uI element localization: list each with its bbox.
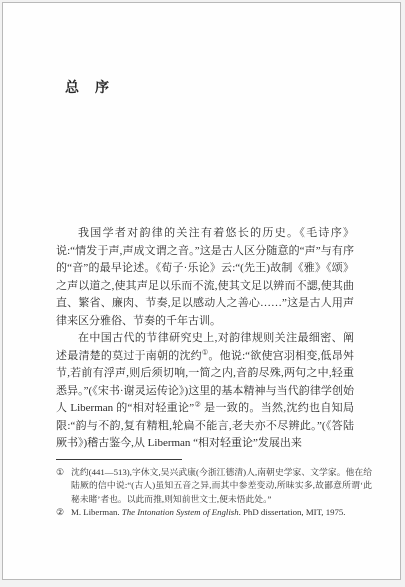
footnote-2-text-segment: . PhD dissertation, MIT, 1975. [239,507,346,517]
paragraph-1-text: 我国学者对韵律的关注有着悠长的历史。《毛诗序》说:“情发于声,声成文谓之音。”这… [56,227,354,327]
footnote-2-marker: ② [56,506,71,519]
footnote-1-text: 沈约(441—513),字休文,吴兴武康(今浙江德清)人,南朝史学家、文学家。他… [71,466,372,506]
body-text: 我国学者对韵律的关注有着悠长的历史。《毛诗序》说:“情发于声,声成文谓之音。”这… [56,225,354,453]
footnote-2: ② M. Liberman. The Intonation System of … [56,506,372,519]
footnote-2-text-segment: M. Liberman. [71,507,122,517]
paragraph-1: 我国学者对韵律的关注有着悠长的历史。《毛诗序》说:“情发于声,声成文谓之音。”这… [56,225,354,330]
footnote-separator [56,459,182,460]
footnote-2-title-italic: The Intonation System of English [122,507,239,517]
footnote-2-text: M. Liberman. The Intonation System of En… [71,506,372,519]
footnote-1: ① 沈约(441—513),字休文,吴兴武康(今浙江德清)人,南朝史学家、文学家… [56,466,372,506]
footnote-1-marker: ① [56,466,71,479]
footnotes-section: ① 沈约(441—513),字休文,吴兴武康(今浙江德清)人,南朝史学家、文学家… [56,466,372,520]
paragraph-2: 在中国古代的节律研究史上,对韵律规则关注最细密、阐述最清楚的莫过于南朝的沈约①。… [56,330,354,453]
scanned-page-canvas: 总 序 我国学者对韵律的关注有着悠长的历史。《毛诗序》说:“情发于声,声成文谓之… [0,0,405,587]
document-page: 总 序 我国学者对韵律的关注有着悠长的历史。《毛诗序》说:“情发于声,声成文谓之… [2,2,401,580]
footnote-1-text-segment: 沈约(441—513),字休文,吴兴武康(今浙江德清)人,南朝史学家、文学家。他… [71,467,372,504]
page-title: 总 序 [65,77,110,97]
